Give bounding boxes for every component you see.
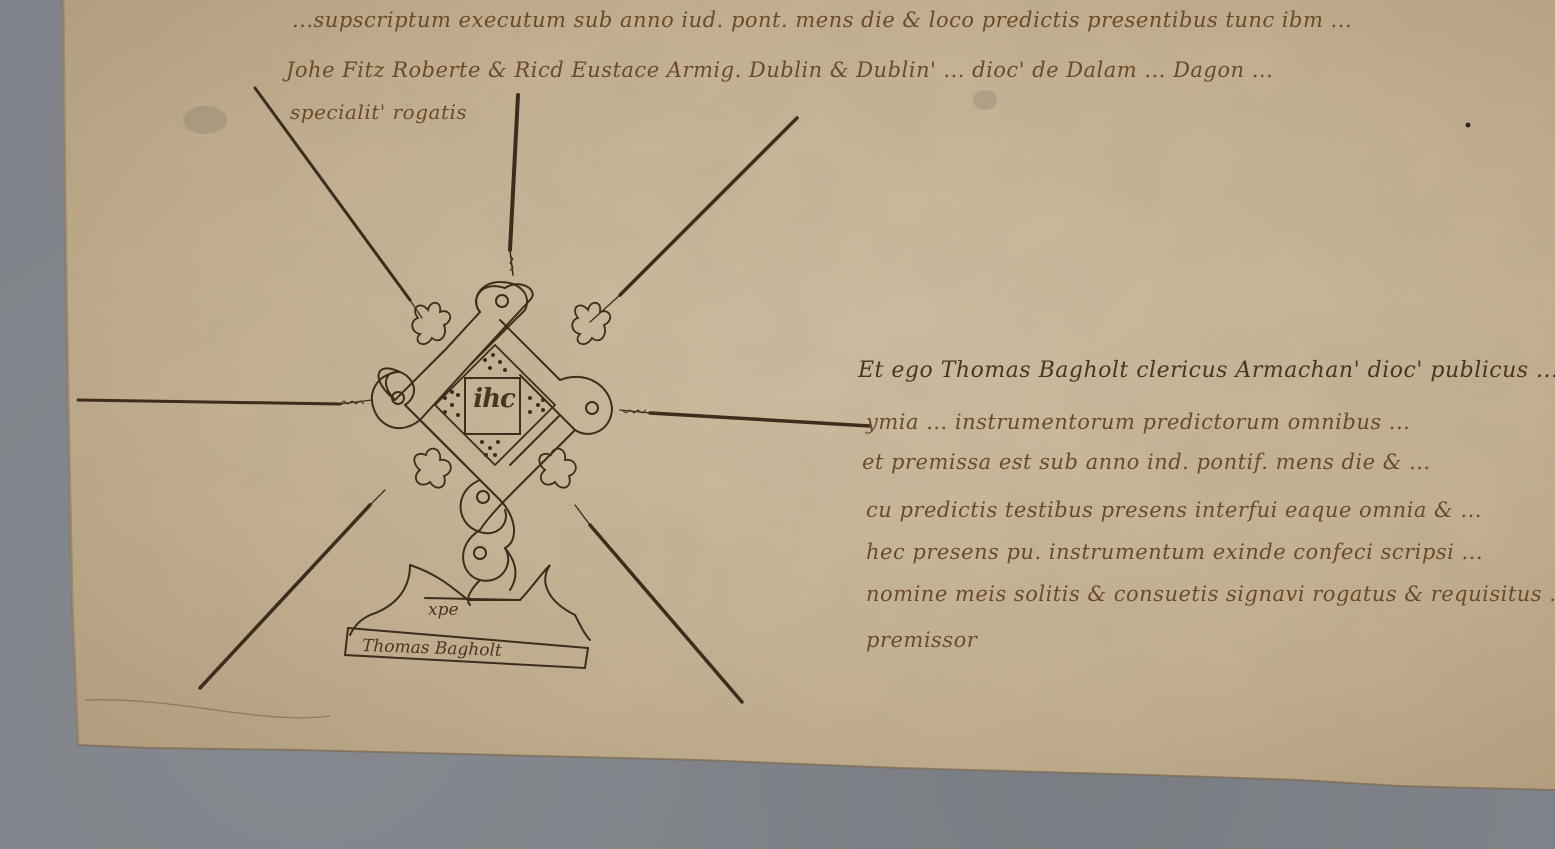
subscription-line-3: et premissa est sub anno ind. pontif. me… <box>862 450 1431 474</box>
subscription-line-1: Et ego Thomas Bagholt clericus Armachan'… <box>858 358 1555 383</box>
subscription-line-2: ymia ... instrumentorum predictorum omni… <box>866 410 1410 434</box>
motto-text: xpe <box>428 600 459 620</box>
subscription-line-4: cu predictis testibus presens interfui e… <box>866 498 1482 522</box>
subscription-line-7: premissor <box>866 628 977 652</box>
subscription-line-5: hec presens pu. instrumentum exinde conf… <box>866 540 1483 564</box>
subscription-line-6: nomine meis solitis & consuetis signavi … <box>866 582 1555 606</box>
center-monogram: ihc <box>470 384 518 414</box>
parchment: ...supscriptum executum sub anno iud. po… <box>0 0 1555 849</box>
knot-interlace <box>372 282 612 605</box>
